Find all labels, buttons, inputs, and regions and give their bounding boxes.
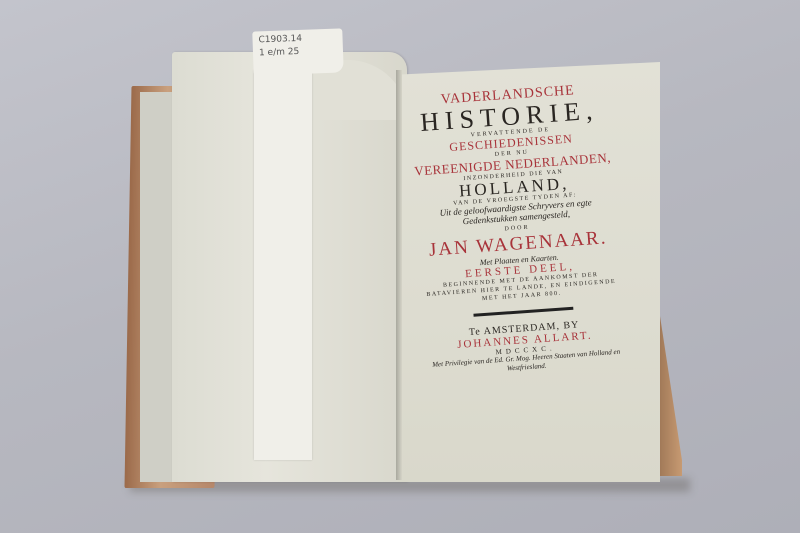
- title-text-block: VADERLANDSCHE HISTORIE, VERVATTENDE DE G…: [405, 81, 629, 380]
- bookmark-slip: [254, 70, 312, 460]
- slip-line-2: 1 e/m 25: [259, 45, 337, 61]
- divider-rule: [473, 307, 573, 317]
- photo-scene: C1903.14 1 e/m 25 VADERLANDSCHE HISTORIE…: [0, 0, 800, 533]
- bookmark-tag: C1903.14 1 e/m 25: [252, 28, 343, 75]
- gutter: [396, 70, 402, 480]
